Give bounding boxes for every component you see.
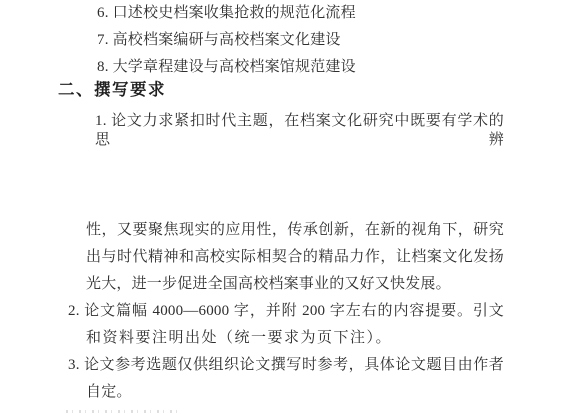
document-page: 6. 口述校史档案收集抢救的规范化流程 7. 高校档案编研与高校档案文化建设 8… [0,0,568,414]
topic-list-item-7: 7. 高校档案编研与高校档案文化建设 [97,31,341,50]
clipped-text-line [66,410,178,413]
topic-list-item-6: 6. 口述校史档案收集抢救的规范化流程 [97,4,356,23]
requirement-2-line-1: 2. 论文篇幅 4000—6000 字，并附 200 字左右的内容提要。引文 [68,302,504,321]
topic-list-item-8: 8. 大学章程建设与高校档案馆规范建设 [97,58,356,77]
requirement-3-line-2: 自定。 [86,383,132,402]
requirement-1-line-4: 光大，进一步促进全国高校档案事业的又好又快发展。 [86,275,451,294]
requirement-1-line-2: 性，又要聚焦现实的应用性，传承创新，在新的视角下，研究 [86,221,504,240]
requirement-1-line-3: 出与时代精神和高校实际相契合的精品力作，让档案文化发扬 [86,248,504,267]
section-heading: 二、撰写要求 [58,80,166,101]
requirement-1-line-1: 1. 论文力求紧扣时代主题，在档案文化研究中既要有学术的思辨 [95,112,504,150]
requirement-2-line-2: 和资料要注明出处（统一要求为页下注）。 [86,329,392,348]
requirement-3-line-1: 3. 论文参考选题仅供组织论文撰写时参考，具体论文题目由作者 [68,356,504,375]
